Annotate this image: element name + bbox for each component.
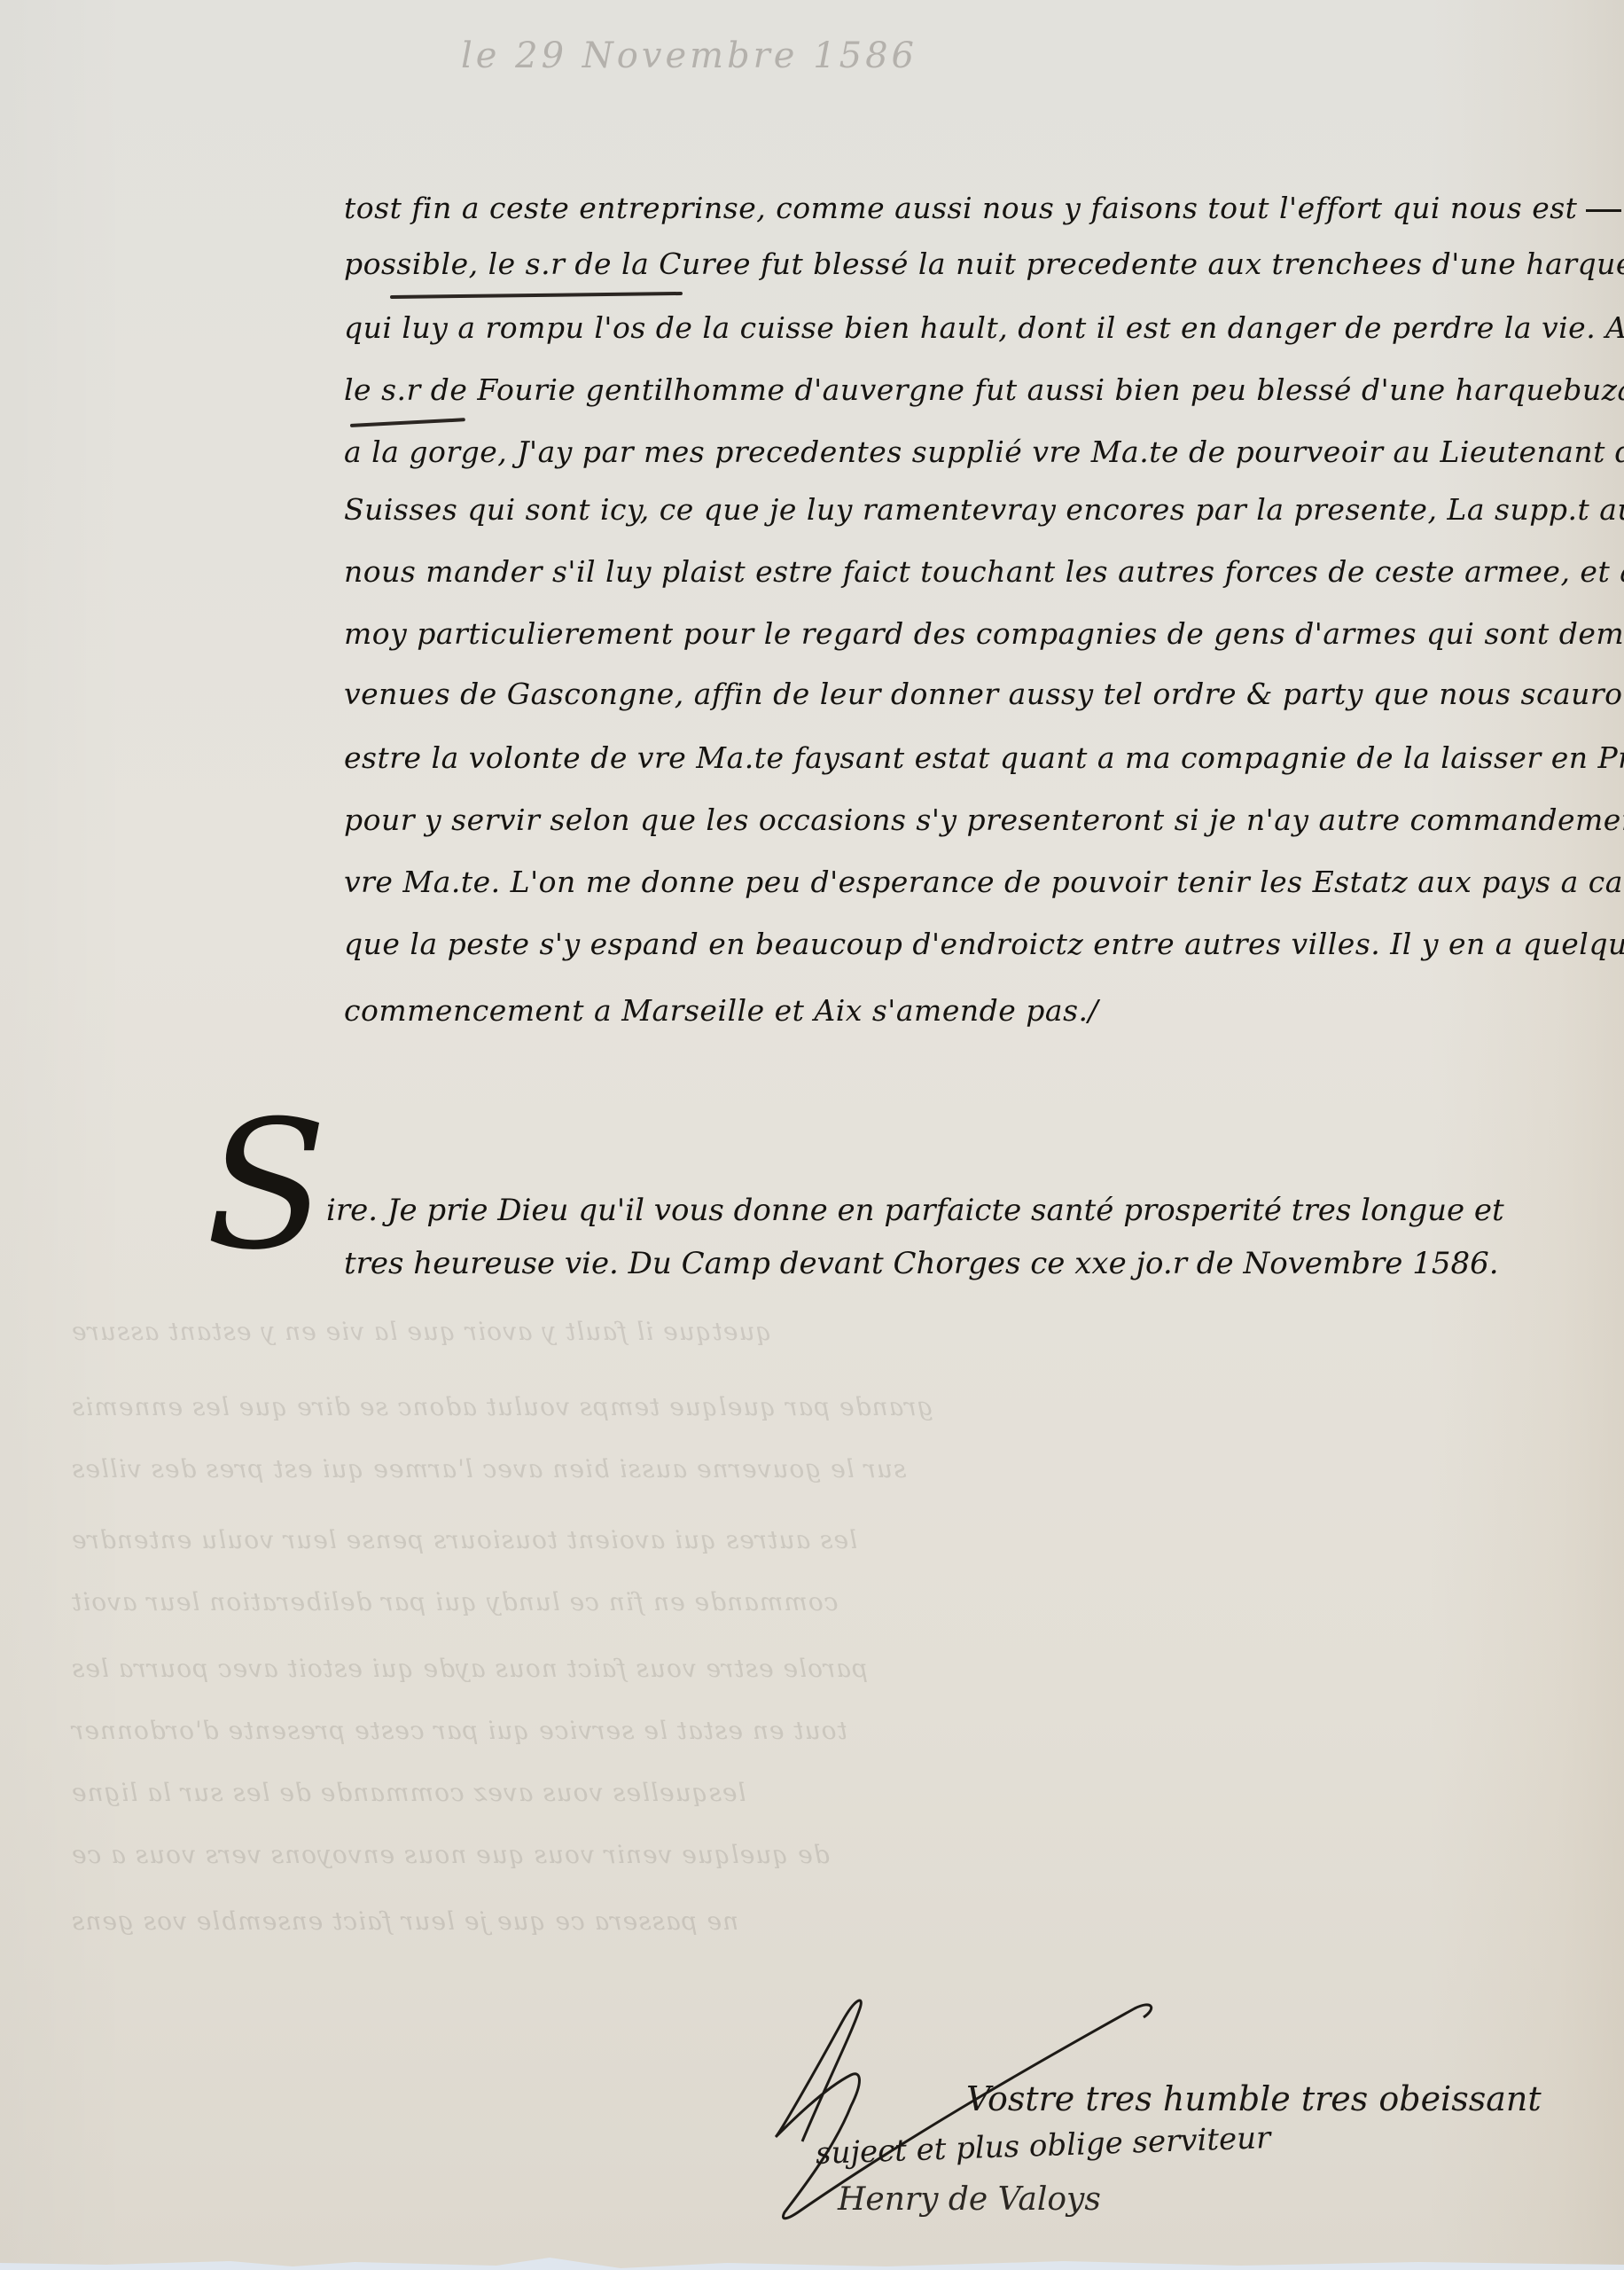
letter-line-12: vre Ma.te. L'on me donne peu d'esperance… — [344, 865, 1624, 899]
bleed-through-line: commande en fin ce lundy qui par deliber… — [71, 1587, 838, 1616]
letter-line-14: commencement a Marseille et Aix s'amende… — [344, 993, 1098, 1028]
letter-line-1: tost fin a ceste entreprinse, comme auss… — [344, 191, 1621, 225]
signature-name: Henry de Valoys — [838, 2181, 1101, 2218]
bleed-through-line: sur le gouverne aussi bien avec l'armee … — [71, 1454, 906, 1483]
signature-line-1: Vostre tres humble tres obeissant — [966, 2079, 1542, 2118]
letter-line-2: possible, le s.r de la Curee fut blessé … — [344, 247, 1624, 281]
letter-line-4: le s.r de Fourie gentilhomme d'auvergne … — [344, 372, 1624, 407]
letter-line-8: moy particulierement pour le regard des … — [344, 616, 1624, 651]
bleed-through-line: parole estre vous faict nous ayde qui es… — [71, 1654, 868, 1683]
underline-mark — [350, 418, 465, 427]
letter-line-10: estre la volonte de vre Ma.te faysant es… — [344, 740, 1624, 775]
bleed-through-line: quetque il fault y avoir que la vie en y… — [71, 1317, 771, 1346]
closing-line-1: ire. Je prie Dieu qu'il vous donne en pa… — [326, 1193, 1504, 1228]
letter-page: le 29 Novembre 1586 quetque il fault y a… — [0, 0, 1624, 2270]
bleed-through-line: tout en estat le service qui par ceste p… — [71, 1716, 847, 1745]
letter-line-3: qui luy a rompu l'os de la cuisse bien h… — [344, 310, 1624, 345]
bleed-through-line: les autres qui avoient tousiours pense l… — [71, 1525, 857, 1554]
bleed-through-line: lesquelles vous avez commande de les sur… — [71, 1778, 746, 1807]
letter-line-13: que la peste s'y espand en beaucoup d'en… — [344, 927, 1624, 961]
torn-edge — [0, 2245, 1624, 2270]
decorated-initial: S — [206, 1098, 327, 1275]
bleed-through-line: grande par quelque temps voulut adonc se… — [71, 1392, 933, 1421]
bleed-through-line: ne passera ce que je leur faict ensemble… — [71, 1906, 738, 1936]
bleed-through-line: de quelque venir vous que nous envoyons … — [71, 1840, 830, 1869]
closing-line-2: tres heureuse vie. Du Camp devant Chorge… — [344, 1246, 1499, 1281]
letter-line-6: Suisses qui sont icy, ce que je luy rame… — [344, 492, 1624, 527]
letter-line-7: nous mander s'il luy plaist estre faict … — [344, 554, 1624, 589]
underline-mark — [390, 292, 683, 299]
letter-line-11: pour y servir selon que les occasions s'… — [344, 802, 1624, 837]
faint-header-note: le 29 Novembre 1586 — [461, 35, 917, 76]
letter-line-9: venues de Gascongne, affin de leur donne… — [344, 677, 1624, 711]
letter-line-5: a la gorge, J'ay par mes precedentes sup… — [344, 434, 1624, 469]
